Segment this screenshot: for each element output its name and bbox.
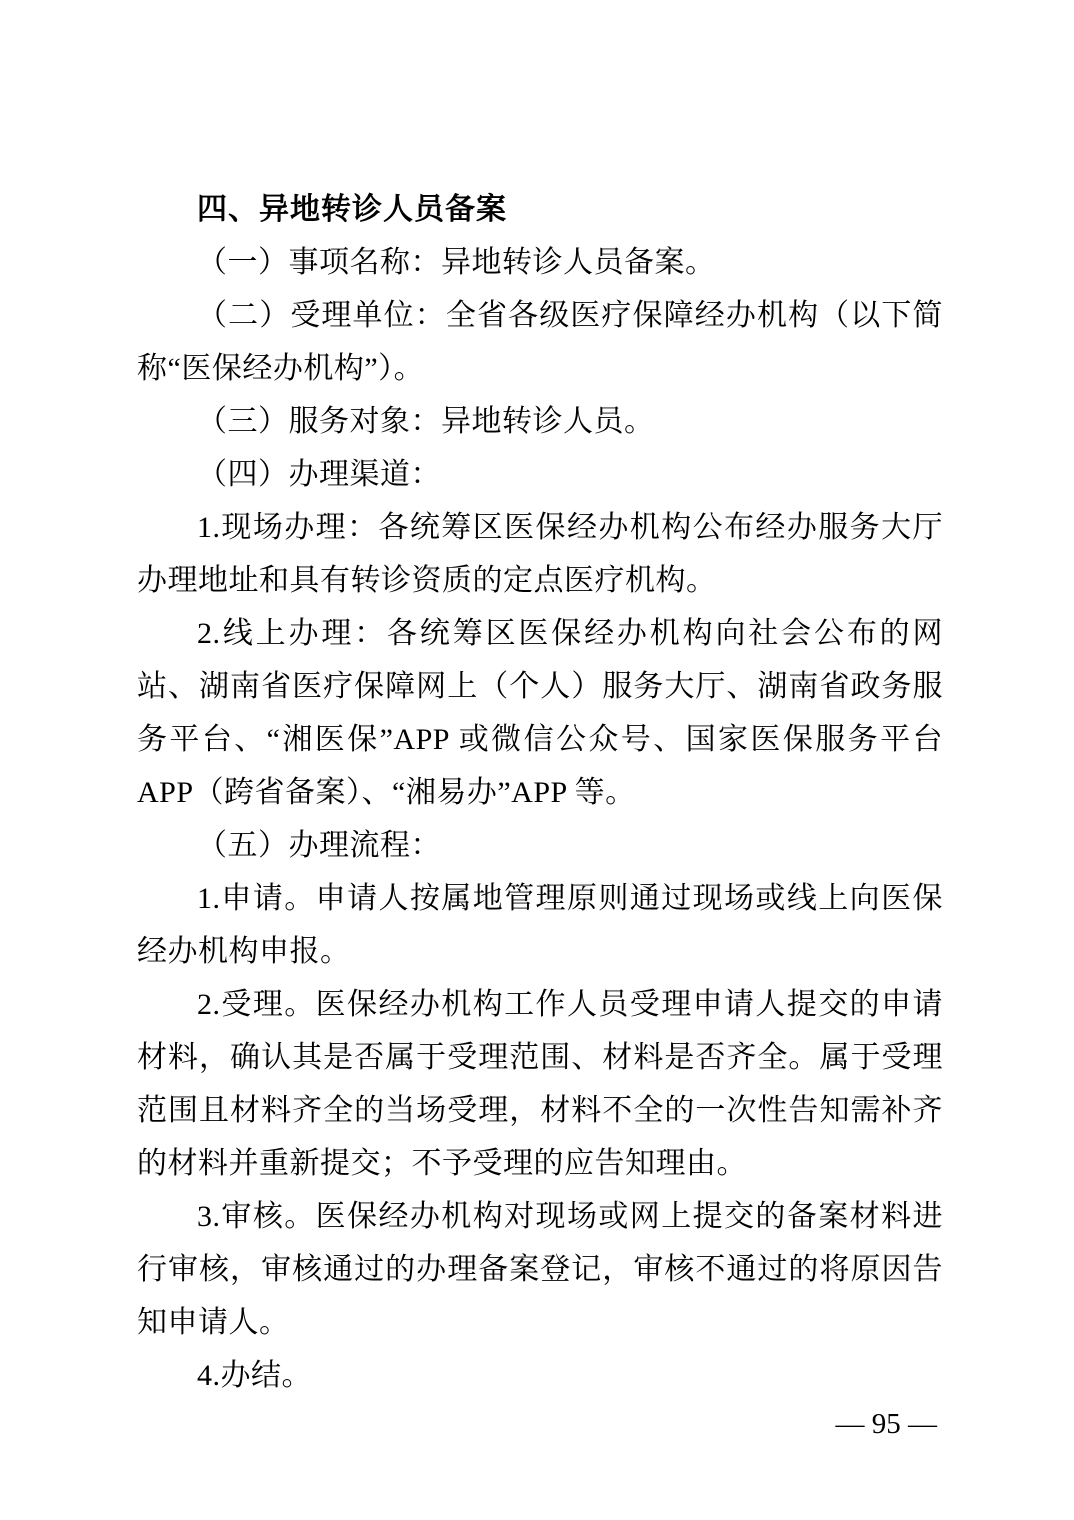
paragraph-channel-online: 2.线上办理：各统筹区医保经办机构向社会公布的网站、湖南省医疗保障网上（个人）服… (137, 607, 943, 819)
paragraph-process-title: （五）办理流程： (137, 819, 943, 872)
document-page: 四、异地转诊人员备案 （一）事项名称：异地转诊人员备案。 （二）受理单位：全省各… (0, 0, 1074, 1520)
section-heading: 四、异地转诊人员备案 (137, 183, 943, 236)
paragraph-step-apply: 1.申请。申请人按属地管理原则通过现场或线上向医保经办机构申报。 (137, 872, 943, 978)
page-footer: — 95 — (836, 1404, 938, 1444)
paragraph-accept-unit: （二）受理单位：全省各级医疗保障经办机构（以下简称“医保经办机构”）。 (137, 289, 943, 395)
page-number: — 95 — (836, 1408, 938, 1440)
paragraph-step-complete: 4.办结。 (137, 1349, 943, 1402)
paragraph-channel-onsite: 1.现场办理：各统筹区医保经办机构公布经办服务大厅办理地址和具有转诊资质的定点医… (137, 501, 943, 607)
paragraph-step-accept: 2.受理。医保经办机构工作人员受理申请人提交的申请材料，确认其是否属于受理范围、… (137, 978, 943, 1190)
paragraph-item-name: （一）事项名称：异地转诊人员备案。 (137, 236, 943, 289)
document-body: 四、异地转诊人员备案 （一）事项名称：异地转诊人员备案。 （二）受理单位：全省各… (137, 183, 943, 1402)
paragraph-service-target: （三）服务对象：异地转诊人员。 (137, 395, 943, 448)
paragraph-channels-title: （四）办理渠道： (137, 448, 943, 501)
paragraph-step-review: 3.审核。医保经办机构对现场或网上提交的备案材料进行审核，审核通过的办理备案登记… (137, 1190, 943, 1349)
